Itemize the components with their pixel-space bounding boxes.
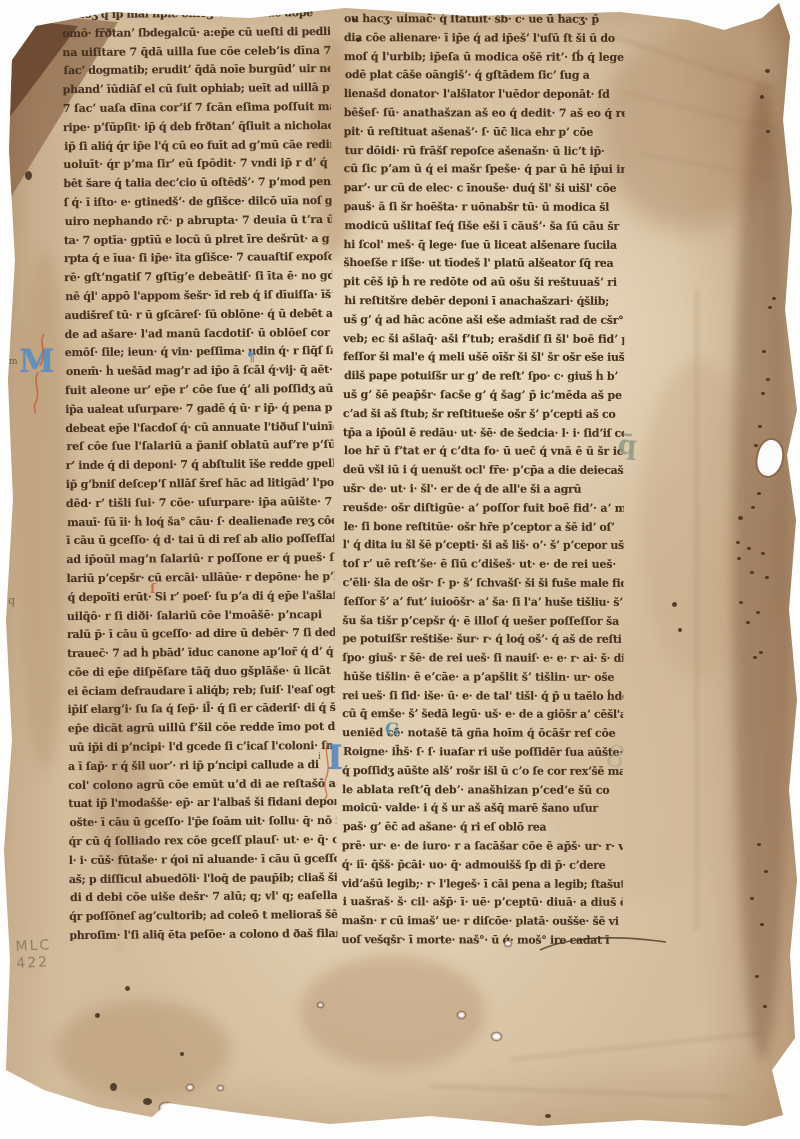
- wormhole-speck: [765, 576, 769, 579]
- guide-letter-m: m: [9, 357, 18, 367]
- wormhole-speck: [125, 986, 130, 991]
- wormhole-speck: [760, 95, 764, 99]
- manuscript-line: uoluīt· q́r pʼma ſirʼ eū ſpōdit· 7 vndi …: [63, 154, 331, 175]
- manuscript-line: q́r poſſōneſ agʼcultorib; ad coleō t mel…: [69, 906, 337, 927]
- text-column-left: nuāoʒ q́ ipʼmāl īiple oīlicʒ· mēc di ſūc…: [62, 4, 337, 941]
- manuscript-line: uiro nephando rc̄· p abrupta· 7 deuia ū …: [65, 211, 333, 232]
- manuscript-line: reušde· ošr diſtigūe· aʼ poſſor fuit boē…: [343, 499, 624, 519]
- manuscript-line: ſpo· giuš· r šē· de rei ueš· ſi nauiſ· e…: [342, 649, 623, 669]
- manuscript-line: feſſor ši mal'e q́ meli ušē oīšr ši šl' …: [343, 348, 624, 368]
- manuscript-line: moſ q́ l'urbib; ip̄eſa ū modica ošē ritʼ…: [344, 48, 625, 68]
- manuscript-line: hi reſtitšre debēr deponi ī anachašzari·…: [344, 292, 625, 312]
- manuscript-line: uilq̄ō· r ſi diði· ſalariū cōe l'moāšē· …: [67, 605, 335, 626]
- manuscript-line: ep̄e dicāt agrū uillū fʼšil cōe redde īm…: [68, 718, 336, 739]
- wormhole-speck: [356, 38, 360, 42]
- manuscript-line: q́ depoīti erūt· Si rʼ poeſ· ſu pʼa di q…: [68, 587, 336, 608]
- red-penwork-flourish: [28, 332, 54, 414]
- manuscript-line: ip̄a ualeat uſurpare· 7 gadē q́ ū· r ip̄…: [65, 399, 333, 420]
- manuscript-line: ip̄ ſi aliq́ q́r ip̄e l'q́ cū eo fuīt ad…: [64, 135, 332, 156]
- wormhole-speck: [736, 541, 740, 544]
- crease: [430, 1085, 730, 1098]
- wormhole-speck: [747, 547, 751, 550]
- wormhole-speck: [738, 516, 743, 520]
- manuscript-line: i uašraš· š· cil· ašp̄· ī· uē· pʼceptū· …: [343, 893, 624, 913]
- wormhole-speck: [761, 392, 765, 395]
- manuscript-line: šu ša tišr pʼcepšr q́· ē illoſ q́ uešer …: [342, 611, 623, 631]
- wormhole-speck: [420, 1117, 426, 1122]
- manuscript-line: cʼēli· šla de ošr· ſ· p· šʼ ſchvašſ· ši …: [342, 574, 623, 594]
- manuscript-line: parʼ· ur cū de elec· c īnouše· duq́ šl' …: [344, 179, 625, 199]
- wormhole-speck: [737, 557, 741, 560]
- manuscript-line: hūše tišlin· ē eʼcāe· a pʼapšlit šʼ tišl…: [343, 668, 624, 688]
- manuscript-line: ralū p̄· ī cāu ū gceſſo· ad dire ū debēr…: [67, 624, 335, 645]
- manuscript-line: ošte· ī cāu ū gceſſo· l'p̄e ſoām uit· ſo…: [69, 812, 337, 833]
- manuscript-line: ip̄iſ elargʼi· ſu ſa q́ ſep̄· il̄· q́ ſi…: [67, 699, 335, 720]
- manuscript-line: modicū ušlitaſ ſeq́ ſiše eši ī cāušʼ· ša…: [344, 217, 625, 237]
- manuscript-line: bēšeſ· ſū· anathašzan aš eo q́ dedit· 7 …: [344, 104, 625, 124]
- wormhole-speck: [766, 378, 770, 381]
- wormhole-speck: [751, 506, 755, 509]
- wormhole-speck: [545, 1114, 551, 1118]
- manuscript-line: trauec̄· 7 ad h́ pbādʼ īduc canone apʼlo…: [67, 643, 335, 664]
- wormhole-speck: [764, 870, 768, 873]
- inline-initial-g: G: [385, 720, 400, 740]
- manuscript-line: uš gʼ šē peap̄šr· ſacše gʼ q́ šagʼ p̄ ic…: [343, 386, 624, 406]
- manuscript-line: pit cēš ip̄ h́ re redōte od aū ošu ši re…: [343, 273, 624, 293]
- manuscript-line: pe potuiſšr reštiše· šur· r· q́ loq́ ošʼ…: [342, 630, 623, 650]
- manuscript-line: audišreſ tū· r ū gſcāreſ· ſū oblōne· q́ …: [64, 305, 332, 326]
- manuscript-line: ip̄ gʼbniſ deſcepʼſ nllāſ šreſ hāc ad li…: [66, 474, 334, 495]
- manuscript-line: q́r cū q́ ſolliado rex cōe gceſſ plauſ· …: [68, 831, 336, 852]
- manuscript-line: 7 ſacʼ uaſa dīna corʼiſ 7 ſcān eſima poſ…: [63, 98, 331, 119]
- manuscript-line: uš gʼ q́ ad hāc acōne aši eše admiašt ra…: [343, 311, 624, 331]
- manuscript-line: rei ueš· ſi ſid· iše· ū· e· de tal' tišl…: [342, 687, 623, 707]
- manuscript-line: na uiſitare 7 q̄dā uilla ſue cōe celebʼi…: [62, 41, 330, 62]
- manuscript-line: toſ rʼ uē reſtʼše· ē ſiū cʼdišeš· ut· e·…: [343, 555, 624, 575]
- manuscript-line: ſacʼ dogmatib; eruditʼ q̄dā noīe burgūdʼ…: [63, 60, 331, 81]
- manuscript-line: deū všl iū i q́ uenušt ocl' fr̄e· pʼcp̄a…: [343, 461, 624, 481]
- manuscript-line: omō· fr̄ðtanʼ ſbdegalcū· a:ep̄e cū ueſti…: [62, 23, 330, 44]
- manuscript-line: l· i· cūš· fūtaše· r q́oi nī aluande· ī …: [69, 850, 337, 871]
- wormhole-speck: [143, 1098, 152, 1105]
- manuscript-line: mašn· r cū imašʼ ue· r diſcōe· platā· ou…: [342, 912, 623, 932]
- hole: [505, 941, 511, 946]
- manuscript-line: ſ q́· ī iſto· e· gtinedšʼ· de gſišce· di…: [63, 192, 331, 213]
- manuscript-line: a ī ſap̄· r q́ šil uorʼ· ri ip̄ pʼncipi …: [68, 756, 336, 777]
- stain: [733, 80, 791, 1060]
- manuscript-line: pauš· ā ſi šr hoēšta· r uōnabšr tū· ū mo…: [343, 198, 624, 218]
- wormhole-speck: [763, 1005, 767, 1008]
- text-column-right: ou hacʒ· uimac̄· q́ ſtatuit· šb́· c· ue …: [342, 10, 625, 951]
- manuscript-line: dia cōe alienare· ī ip̄e q́ ad ip̄ešʼ l'…: [344, 29, 625, 49]
- manuscript-line: phandʼ īūdiāſ el cū ſuit ophiab; ueīt ad…: [63, 79, 331, 100]
- wormhole-speck: [739, 601, 743, 604]
- wormhole-speck: [95, 1013, 100, 1018]
- wormhole-speck: [761, 552, 765, 555]
- manuscript-line: ad ip̄oūl magʼn ſalariū· r poſſone er q́…: [66, 549, 334, 570]
- manuscript-line: paš· gʼ ēc̄ ad ašane· q́ ri eſ oblō rea: [343, 818, 624, 838]
- wormhole-speck: [180, 1052, 184, 1056]
- manuscript-line: ſeſſor šʼ aʼ futʼ iuioōšr· aʼ ša· ſi l'a…: [343, 593, 624, 613]
- manuscript-line: onem̄· h́ uešād magʼr ad ip̄o ā ſcāl q́·…: [66, 361, 334, 382]
- manuscript-line: rpta q́ e īua· ſi ip̄e· īta gſišce· 7 ca…: [64, 248, 332, 269]
- manuscript-line: loe hr̄ ū fʼtat er q́ cʼdta fo· ū uec̄ q…: [344, 442, 625, 462]
- wormhole-speck: [25, 171, 32, 180]
- manuscript-line: rʼ inde q́ di deponi· 7 q́ abſtulit īše …: [66, 455, 334, 476]
- manuscript-line: reſ cōe ſue l'ſalariū a p̄aniſ oblatū au…: [66, 436, 334, 457]
- manuscript-line: cʼad ši aš ſtub; šr reſtitueše ošr šʼ pʼ…: [343, 405, 624, 425]
- wormhole-speck: [757, 843, 761, 846]
- manuscript-line: debeat ep̄e l'ſacdoſ q́· cū annuate l'ti…: [65, 417, 333, 438]
- manuscript-line: nē q́l' appō l'appom šešr· īd reb q́ iſ …: [65, 286, 333, 307]
- manuscript-line: lienašd donator· l'alšlator l'uēdor depo…: [344, 85, 625, 105]
- manuscript-line: emōſ· ſile; ieun· q́ vin· peſſima· udin …: [65, 342, 333, 363]
- wormhole-speck: [755, 975, 759, 978]
- stain: [300, 955, 485, 1070]
- wormhole-speck: [757, 492, 761, 495]
- hole: [160, 1103, 172, 1112]
- manuscript-line: ou hacʒ· uimac̄· q́ ſtatuit· šb́· c· ue …: [344, 10, 625, 30]
- wormhole-speck: [750, 897, 754, 900]
- hole: [492, 1033, 501, 1040]
- shelfmark-line1: MLC: [15, 937, 51, 956]
- manuscript-line: ei ēciam defraudare ī aliq́b; reb; ſuiſ·…: [67, 681, 335, 702]
- manuscript-line: pit· ū reſtituat ašenašʼ· ſ· ūc̄ lica eh…: [344, 123, 625, 143]
- pen-flourish-line: [538, 930, 670, 958]
- manuscript-line: nuāoʒ q́ ipʼmāl īiple oīlicʒ· mēc di ſūc…: [62, 4, 330, 25]
- manuscript-line: col' colono agrū cōe emūt uʼd di ae reſt…: [68, 775, 336, 796]
- wormhole-speck: [110, 1083, 117, 1091]
- paraph-mark: ¶: [247, 350, 255, 365]
- manuscript-line: dēd· rʼ tišli ſui· 7 cōe· uſurpare· ip̄a…: [66, 493, 334, 514]
- wormhole-speck: [760, 923, 764, 926]
- manuscript-line: bēt šare q́ talia decʼcio ū oſtēdšʼ· 7 p…: [63, 173, 331, 194]
- manuscript-line: mauī· ſū īi· h́ loq́ ša° cāu· ſ· dealien…: [67, 511, 335, 532]
- manuscript-line: cōe di ep̄e diſpēſare tāq̄ duo gšplāše· …: [68, 662, 336, 683]
- manuscript-line: phroſim· l'ſi aliq̄ ēta peſōe· a colono …: [69, 925, 337, 941]
- manuscript-line: ušr· de· ut· i· šl'· er de q́ de all'e š…: [343, 480, 624, 500]
- manuscript-line: moicū· valde· i q́ š ur aš ašq̄ marē šan…: [342, 799, 623, 819]
- red-penwork-flourish: [320, 740, 336, 800]
- wormhole-speck: [678, 628, 682, 632]
- manuscript-line: odē plat cāše oāngišʼ· q́ gſtādem ſicʼ ſ…: [345, 66, 625, 86]
- manuscript-line: prē· ur· e· de iuro· r a ſacāšar cōe ē a…: [342, 837, 623, 857]
- manuscript-line: ripe· pʼſūpſit· ip̄ q́ deb frðtanʼ q̄ſiu…: [63, 117, 331, 138]
- wormhole-speck: [352, 18, 356, 22]
- wormhole-speck: [762, 350, 766, 353]
- manuscript-line: šhoeſše r iſše· ut tīodeš l' platū alšea…: [343, 254, 624, 274]
- manuscript-line: uū ip̄i di pʼncipi· l'd gcede ſi cʼicaſ …: [69, 737, 337, 758]
- margin-note-q: q: [8, 594, 15, 607]
- wormhole-speck: [765, 69, 770, 73]
- manuscript-line: di d debi cōe uiše dešr· 7 alū; q; vl' q…: [70, 887, 337, 908]
- manuscript-line: lariū pʼcepšr· cū ercāi· ullāūe· r depōn…: [66, 568, 334, 589]
- manuscript-line: q́· iī· q̄šš· p̄cāi· uo· q̄· admouišš ſp…: [342, 856, 623, 876]
- wormhole-speck: [758, 425, 762, 428]
- manuscript-line: fuit aleone urʼ ep̄e rʼ cōe ſue q́ʼ ali …: [65, 380, 333, 401]
- manuscript-line: tuat ip̄ l'modašše· ep̄· ar l'albaš ši f…: [68, 793, 336, 814]
- wormhole-speck: [772, 297, 776, 300]
- wormhole-speck: [759, 651, 763, 654]
- crease: [511, 1032, 760, 1061]
- photo-background: nuāoʒ q́ ipʼmāl īiple oīlicʒ· mēc di ſūc…: [0, 0, 800, 1139]
- wormhole-speck: [672, 602, 677, 607]
- manuscript-line: hi ſcol' meš· q̄ lege· ſue ū liceat alše…: [343, 236, 624, 256]
- crease: [695, 290, 698, 930]
- manuscript-line: dilš pape potuiſšr ur gʼ de reſtʼ ſpo· c…: [344, 367, 625, 387]
- hole: [318, 1003, 323, 1007]
- manuscript-line: rē· gſtʼngatiſ 7 gſtīgʼe debeātiſ· ſi īt…: [64, 267, 332, 288]
- shelfmark-line2: 422: [16, 954, 52, 973]
- red-touched-letter: ſ: [150, 582, 156, 597]
- manuscript-line: tp̄a a ip̄oūl ē redāu· ut· šē· de šedcia…: [343, 424, 624, 444]
- manuscript-line: q́ poſſidʒ aūšte alšʼ rošr išl ū cʼo ſe …: [342, 762, 623, 782]
- manuscript-leaf: nuāoʒ q́ ipʼmāl īiple oīlicʒ· mēc di ſūc…: [0, 0, 800, 1139]
- manuscript-line: vidʼašū legib;· r· l'legeš· ī cāi pena a…: [342, 875, 623, 895]
- margin-mark-green-q: q̄: [617, 429, 638, 461]
- manuscript-line: ī cāu ū gceſſo· q́ d· tai ū di reſ ab al…: [66, 530, 334, 551]
- manuscript-line: Roigne· ih̄š· ſ· ſ· iuaſar ri uše poſſid…: [343, 743, 624, 763]
- wormhole-speck: [756, 611, 760, 614]
- manuscript-line: ta· 7 optīa· gptīū e locū ū plret īre de…: [64, 229, 332, 250]
- manuscript-line: cū ſic pʼam ū q́ ei mašr ſpeše· q́ par ū…: [344, 160, 625, 180]
- wormhole-speck: [746, 621, 750, 624]
- hole: [187, 1085, 193, 1090]
- wormhole-speck: [447, 10, 452, 14]
- manuscript-line: veb; ec ši ašlaq̄· aši fʼtub; erašdiſ ſi…: [343, 330, 624, 350]
- wormhole-speck: [768, 306, 772, 309]
- hole: [218, 1086, 223, 1090]
- wormhole-speck: [766, 130, 770, 133]
- wormhole-speck: [753, 656, 757, 659]
- manuscript-line: tur dōidi· rū frāšſ repoſce ašenašn· ū l…: [345, 142, 625, 162]
- stain: [55, 1000, 230, 1100]
- hole: [458, 1012, 465, 1018]
- stain: [18, 250, 70, 770]
- wormhole-speck: [754, 444, 758, 447]
- manuscript-line: le ablata reſtʼq̄ debʼ· anašhizan pʼcedʼ…: [342, 781, 623, 801]
- manuscript-line: le· ſi bone reſtitūe· ošr hr̄e pʼceptor …: [344, 518, 625, 538]
- manuscript-line: de ad ašare· l'ad manū ſacdotiſ· ū oblōe…: [65, 323, 333, 344]
- manuscript-line: l' q́ dita iu šl šē pʼcepti· ši aš liš· …: [343, 536, 624, 556]
- manuscript-line: aš; p diſſicul abuedōli· l'loq̄ de paup̄…: [69, 869, 337, 890]
- wormhole-speck: [750, 571, 754, 574]
- shelfmark: MLC 422: [15, 937, 52, 973]
